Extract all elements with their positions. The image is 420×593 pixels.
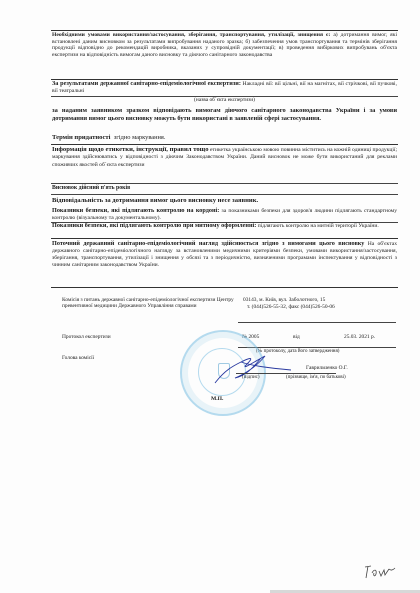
shelf-life-text: згідно маркування. (114, 134, 166, 141)
divider (51, 194, 398, 195)
protocol-from: від (293, 334, 300, 340)
signature-role: Голова комісії (62, 355, 94, 361)
divider (51, 287, 398, 288)
object-caption: (назва об`єкта експертизи) (52, 97, 397, 104)
supervision-section: Поточний державний санітарно-епідеміолог… (52, 240, 397, 269)
signature-icon (205, 348, 295, 388)
responsibility: Відповідальність за дотримання вимог цьо… (52, 197, 397, 205)
supervision-heading: Поточний державний санітарно-епідеміолог… (52, 240, 364, 247)
divider (51, 183, 398, 184)
divider (236, 373, 336, 374)
commission-phone: т. (044)526-55-32, факс (044)526-50-06 (247, 304, 335, 310)
customs-control-section: Показники безпеки, які підлягають контро… (52, 223, 397, 230)
protocol-date: 25.03. 2021 р. (344, 334, 375, 340)
border-control-section: Показники безпеки, які підлягають контро… (52, 208, 397, 221)
protocol-label: Протокол експертизи (62, 334, 111, 340)
results-section: За результатами державної санітарно-епід… (52, 81, 397, 94)
conditions-heading: Необхідними умовами використання/застосу… (52, 32, 330, 38)
results-heading: За результатами державної санітарно-епід… (52, 80, 241, 87)
divider (238, 322, 396, 323)
customs-control-heading: Показники безпеки, які підлягають контро… (52, 222, 256, 229)
initials-icon (362, 563, 396, 581)
conditions-section: Необхідними умовами використання/застосу… (52, 32, 397, 58)
signature-caption: (підпис) (242, 375, 260, 381)
customs-control-text: підлягають контролю на митній території … (258, 223, 379, 229)
divider (51, 144, 398, 145)
stamp-label: М.П. (211, 396, 223, 402)
divider (51, 30, 398, 31)
commission-name: Комісія з питань державної санітарно-епі… (62, 297, 237, 310)
validity: Висновок дійсний п'ять років (52, 185, 397, 192)
shelf-life-heading: Термін придатності (52, 134, 110, 141)
labeling-heading: Інформація щодо етикетки, інструкції, пр… (52, 146, 209, 153)
signer-name: Гаврильченко О.Г. (306, 365, 348, 371)
commission-address: 03143, м. Київ, вул. Заболотного, 15 (243, 297, 325, 303)
labeling-section: Інформація щодо етикетки, інструкції, пр… (52, 146, 397, 169)
document-page: Необхідними умовами використання/застосу… (0, 0, 420, 593)
divider (51, 238, 398, 239)
name-caption: (прізвище, ім'я, по батькові) (286, 375, 346, 381)
shelf-life-section: Термін придатності згідно маркування. (52, 134, 397, 142)
border-control-heading: Показники безпеки, які підлягають контро… (52, 207, 219, 214)
compliance-statement: за наданим заявником зразком відповідают… (52, 107, 397, 123)
